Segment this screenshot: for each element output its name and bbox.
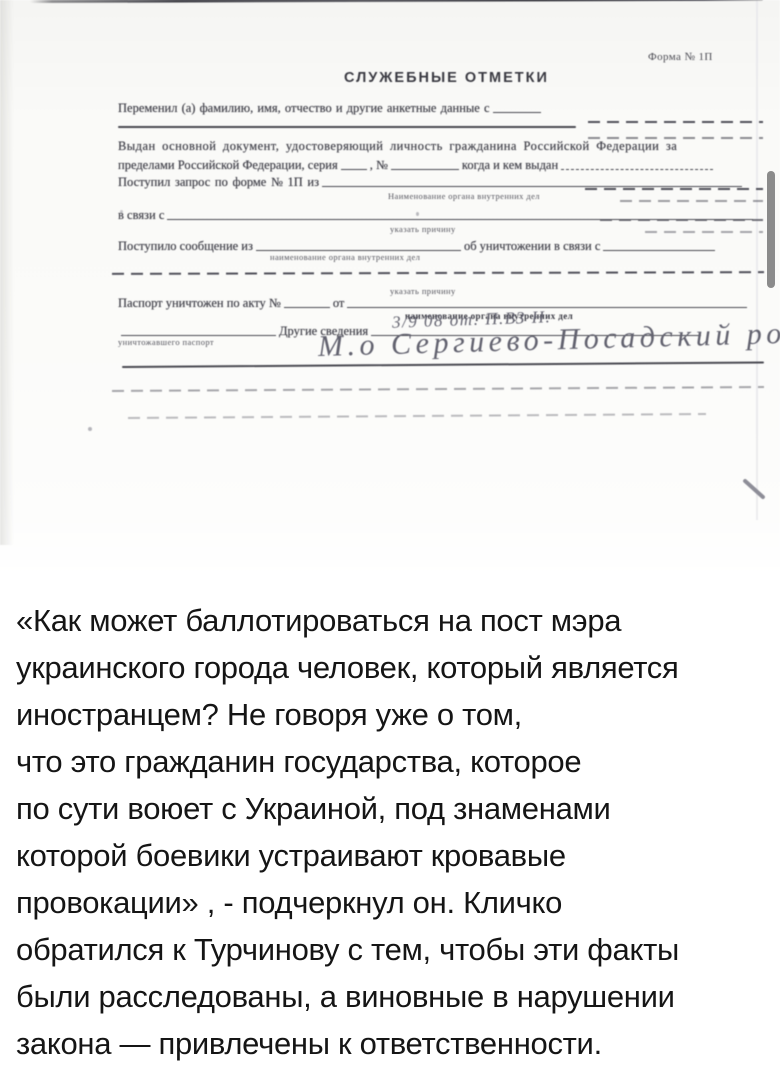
scanned-form-image: Форма № 1П СЛУЖЕБНЫЕ ОТМЕТКИ Переменил (… [0, 0, 780, 575]
caption-destroyer: уничтожавшего паспорт [118, 337, 214, 347]
blank-line [256, 237, 461, 251]
field-passport-destroyed: Паспорт уничтожен по акту №от [118, 294, 750, 311]
article-line: «Как может баллотироваться на пост мэра [16, 597, 780, 644]
ruled-line-dashed [588, 121, 763, 123]
article-line: провокации» , - подчеркнул он. Кличко [16, 879, 780, 926]
ruled-line [122, 362, 764, 368]
field-name-change: Переменил (а) фамилию, имя, отчество и д… [118, 99, 544, 116]
field-request-label: Поступил запрос по форме № 1П из [118, 175, 319, 189]
blank-line [391, 156, 459, 170]
article-line: что это гражданин государства, которое [16, 738, 780, 785]
field-document-issued: Выдан основной документ, удостоверяющий … [118, 139, 677, 154]
blank-line [284, 294, 330, 308]
article-line: закона — привлечены к ответственности. [16, 1020, 780, 1067]
ruled-line-dashed [645, 231, 763, 233]
scan-speck [416, 212, 419, 216]
field-name-change-label: Переменил (а) фамилию, имя, отчество и д… [118, 101, 490, 115]
article-line: обратился к Турчинову с тем, чтобы эти ф… [16, 926, 780, 973]
scan-left-edge-shadow [0, 0, 14, 545]
article-page: Форма № 1П СЛУЖЕБНЫЕ ОТМЕТКИ Переменил (… [0, 0, 780, 1090]
destruction-label: об уничтожении в связи с [464, 239, 600, 253]
ruled-line-dashed [620, 200, 763, 202]
scan-page-top-edge-line [30, 0, 763, 3]
field-destroyed-label: Паспорт уничтожен по акту № [118, 296, 281, 310]
scan-speck [88, 427, 92, 431]
article-quote: «Как может баллотироваться на пост мэра … [0, 597, 780, 1067]
issued-when-label: когда и кем выдан [462, 158, 558, 172]
from-label: от [333, 296, 345, 310]
ruled-line [118, 126, 576, 128]
caption-state-reason: указать причину [390, 224, 456, 234]
caption-organ-name-2: наименование органа внутренних дел [270, 252, 420, 262]
number-label: , № [370, 158, 388, 172]
article-line: иностранцем? Не говоря уже о том, [16, 691, 780, 738]
pen-mark [742, 478, 765, 500]
ruled-line-dashed [600, 219, 763, 221]
series-label: пределами Российской Федерации, серия [118, 158, 338, 172]
scan-page-right-edge [756, 0, 758, 520]
article-line: по сути воюет с Украиной, под знаменами [16, 785, 780, 832]
form-title: СЛУЖЕБНЫЕ ОТМЕТКИ [344, 70, 549, 86]
article-line: украинского города человек, который явля… [16, 644, 780, 691]
scrollbar-thumb[interactable] [767, 171, 775, 288]
ruled-line-dashed [112, 386, 764, 392]
field-due-to-label: в связи с [118, 208, 164, 222]
form-number-label: Форма № 1П [648, 51, 713, 63]
blank-line [561, 156, 713, 170]
blank-line [341, 156, 367, 170]
ruled-line-dashed [128, 413, 706, 419]
article-line: которой боевики устраивают кровавые [16, 832, 780, 879]
blank-line [493, 99, 541, 113]
blank-line [322, 173, 742, 187]
field-document-issued-label: Выдан основной документ, удостоверяющий … [118, 139, 677, 153]
field-document-series: пределами Российской Федерации, серия, №… [118, 156, 716, 173]
article-line: были расследованы, а виновные в нарушени… [16, 973, 780, 1020]
ruled-line-dashed [585, 188, 763, 190]
caption-organ-name: Наименование органа внутренних дел [388, 191, 540, 201]
blank-line [347, 294, 747, 308]
blank-line [121, 322, 276, 336]
field-message-label: Поступило сообщение из [118, 239, 253, 253]
scan-speck [120, 210, 123, 213]
blank-line [167, 206, 753, 220]
blank-line [603, 237, 715, 251]
ruled-line-dashed [112, 271, 764, 275]
